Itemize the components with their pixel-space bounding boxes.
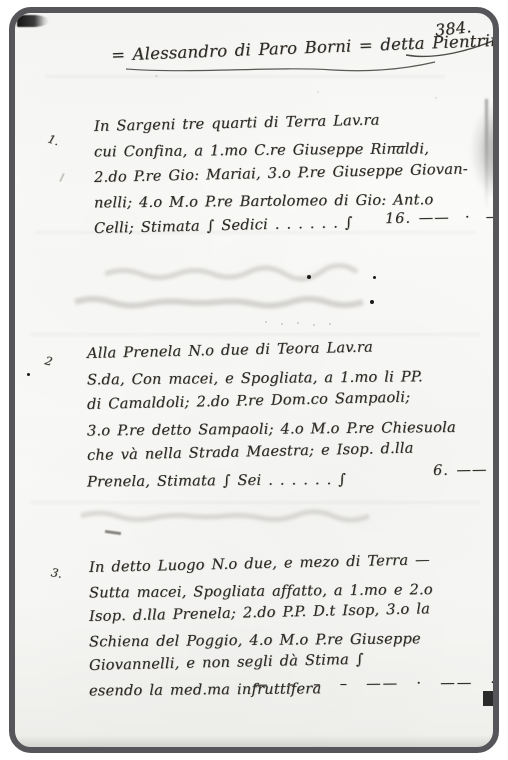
entry-3-trailing-dashes: — – – – —— · —— · – xyxy=(253,675,499,693)
entry-line: Alla Prenela N.o due di Teora Lav.ra xyxy=(87,333,427,366)
paper-speck xyxy=(435,97,437,99)
entry-line: Prenela, Stimata ∫ Sei . . . . . . ∫ xyxy=(87,466,427,495)
faint-dot-trail xyxy=(281,323,283,325)
scan-streak xyxy=(30,501,480,504)
ink-dot xyxy=(370,300,374,304)
margin-slash-mark xyxy=(59,173,65,182)
paper-speck xyxy=(317,91,319,93)
entry-2-text: Alla Prenela N.o due di Teora Lav.ra S.d… xyxy=(87,341,427,495)
ink-dot xyxy=(307,275,311,279)
manuscript-scan-frame: 384. = Alessandro di Paro Borni = detta … xyxy=(9,7,499,753)
entry-line: In detto Luogo N.o due, e mezo di Terra … xyxy=(89,548,429,580)
scan-streak xyxy=(45,75,445,78)
entry-3-number: 3. xyxy=(50,565,64,581)
ink-stain-streak xyxy=(485,99,488,211)
entry-2-number: 2 xyxy=(43,353,54,368)
scan-streak xyxy=(35,231,475,234)
faint-dot-trail xyxy=(313,324,315,326)
margin-ink-dot xyxy=(27,373,30,376)
faint-dot-trail xyxy=(265,321,267,323)
ink-stain xyxy=(450,91,499,223)
scan-bottom-shade xyxy=(15,735,493,747)
scan-edge-mark xyxy=(483,691,495,706)
bleed-through-ghost-text xyxy=(73,500,413,536)
bleed-through-ghost-text xyxy=(65,256,400,326)
entry-1-stray-dash: — xyxy=(393,139,406,154)
entry-1-amount: 16. —— · —— xyxy=(385,209,499,227)
entry-2-amount: 6. —— · —— xyxy=(433,461,499,479)
faint-dot-trail xyxy=(329,323,331,325)
entry-1-number: 1. xyxy=(46,132,61,149)
entry-1-text: In Sargeni tre quarti di Terra Lav.ra cu… xyxy=(94,114,414,241)
scan-streak xyxy=(30,333,480,336)
scan-edge-blot xyxy=(17,15,49,27)
ink-dot xyxy=(373,276,376,279)
faint-dot-trail xyxy=(297,322,299,324)
entry-line: In Sargeni tre quarti di Terra Lav.ra xyxy=(94,107,414,140)
title-underline-flourish xyxy=(123,59,441,75)
